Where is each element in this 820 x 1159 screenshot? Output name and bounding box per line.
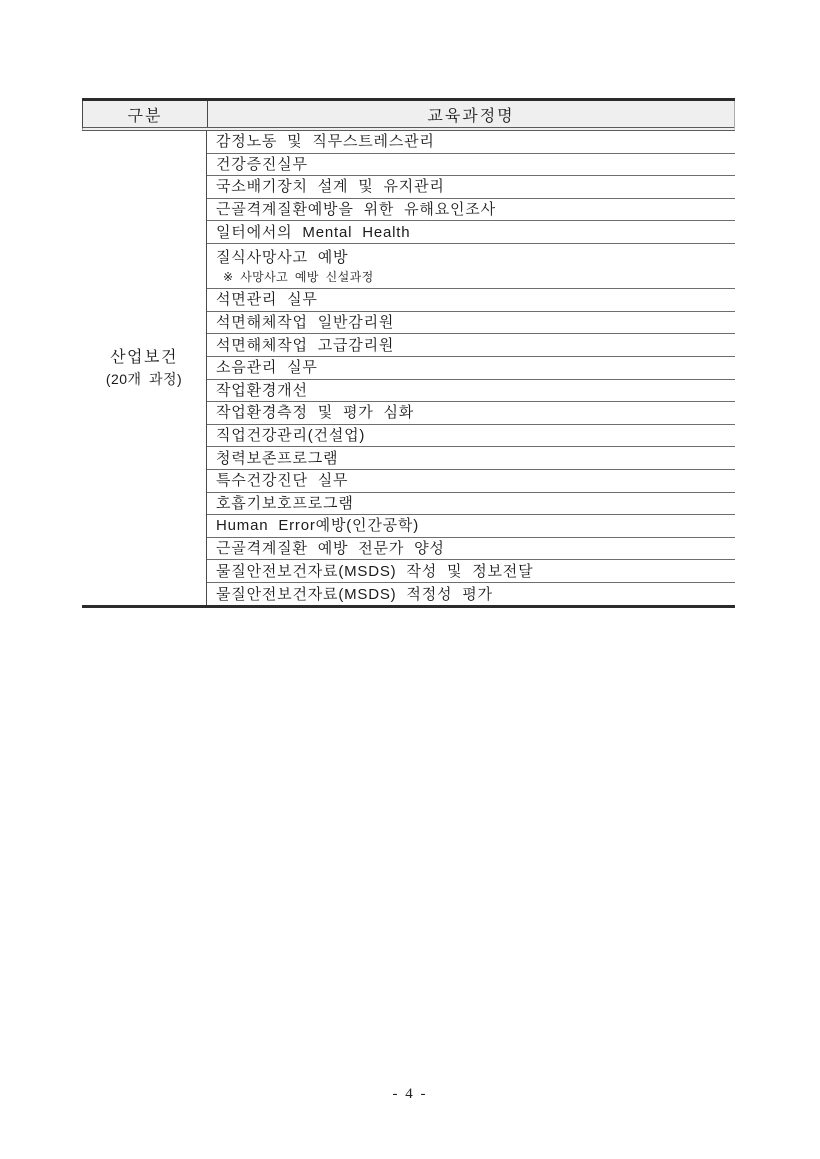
course-row: 일터에서의 Mental Health <box>207 221 735 244</box>
course-row: 국소배기장치 설계 및 유지관리 <box>207 176 735 199</box>
course-note: ※ 사망사고 예방 신설과정 <box>216 268 735 286</box>
category-cell: 산업보건 (20개 과정) <box>82 131 207 605</box>
course-name: 물질안전보건자료(MSDS) 작성 및 정보전달 <box>216 561 735 582</box>
course-row: 석면해체작업 고급감리원 <box>207 334 735 357</box>
course-row: 특수건강진단 실무 <box>207 470 735 493</box>
course-table: 구분 교육과정명 산업보건 (20개 과정) 감정노동 및 직무스트레스관리 건… <box>82 98 735 608</box>
course-name: 근골격계질환 예방 전문가 양성 <box>216 538 735 559</box>
course-row: 질식사망사고 예방 ※ 사망사고 예방 신설과정 <box>207 244 735 289</box>
course-row: 감정노동 및 직무스트레스관리 <box>207 131 735 154</box>
course-name: 소음관리 실무 <box>216 357 735 378</box>
course-name: 특수건강진단 실무 <box>216 470 735 491</box>
course-row: 석면해체작업 일반감리원 <box>207 312 735 335</box>
course-name: 질식사망사고 예방 <box>216 247 735 268</box>
category-title: 산업보건 <box>110 346 178 369</box>
document-page: 구분 교육과정명 산업보건 (20개 과정) 감정노동 및 직무스트레스관리 건… <box>0 0 820 1159</box>
course-row: 소음관리 실무 <box>207 357 735 380</box>
course-row: 석면관리 실무 <box>207 289 735 312</box>
table-body: 산업보건 (20개 과정) 감정노동 및 직무스트레스관리 건강증진실무 국소배… <box>82 131 735 605</box>
course-list: 감정노동 및 직무스트레스관리 건강증진실무 국소배기장치 설계 및 유지관리 … <box>207 131 735 605</box>
course-name: 호흡기보호프로그램 <box>216 493 735 514</box>
column-header-category: 구분 <box>83 101 208 127</box>
course-row: 작업환경측정 및 평가 심화 <box>207 402 735 425</box>
course-row: 물질안전보건자료(MSDS) 작성 및 정보전달 <box>207 560 735 583</box>
course-name: 석면해체작업 고급감리원 <box>216 335 735 356</box>
course-row: 호흡기보호프로그램 <box>207 493 735 516</box>
page-number: - 4 - <box>0 1086 820 1103</box>
table-header-row: 구분 교육과정명 <box>82 101 735 131</box>
course-row: 건강증진실무 <box>207 154 735 177</box>
course-name: 물질안전보건자료(MSDS) 적정성 평가 <box>216 584 735 605</box>
course-name: 직업건강관리(건설업) <box>216 425 735 446</box>
course-name: 작업환경개선 <box>216 380 735 401</box>
category-course-count: (20개 과정) <box>106 369 182 390</box>
course-row: 작업환경개선 <box>207 380 735 403</box>
course-name: 작업환경측정 및 평가 심화 <box>216 402 735 423</box>
course-name: 감정노동 및 직무스트레스관리 <box>216 131 735 152</box>
course-row: Human Error예방(인간공학) <box>207 515 735 538</box>
course-name: 청력보존프로그램 <box>216 448 735 469</box>
column-header-course-name: 교육과정명 <box>208 101 734 127</box>
course-name: Human Error예방(인간공학) <box>216 515 735 536</box>
course-row: 직업건강관리(건설업) <box>207 425 735 448</box>
course-name: 국소배기장치 설계 및 유지관리 <box>216 176 735 197</box>
course-name: 석면해체작업 일반감리원 <box>216 312 735 333</box>
course-row: 청력보존프로그램 <box>207 447 735 470</box>
course-name: 건강증진실무 <box>216 154 735 175</box>
course-name: 일터에서의 Mental Health <box>216 222 735 243</box>
course-name: 석면관리 실무 <box>216 289 735 310</box>
course-name: 근골격계질환예방을 위한 유해요인조사 <box>216 199 735 220</box>
course-row: 근골격계질환 예방 전문가 양성 <box>207 538 735 561</box>
course-row: 근골격계질환예방을 위한 유해요인조사 <box>207 199 735 222</box>
course-row: 물질안전보건자료(MSDS) 적정성 평가 <box>207 583 735 606</box>
